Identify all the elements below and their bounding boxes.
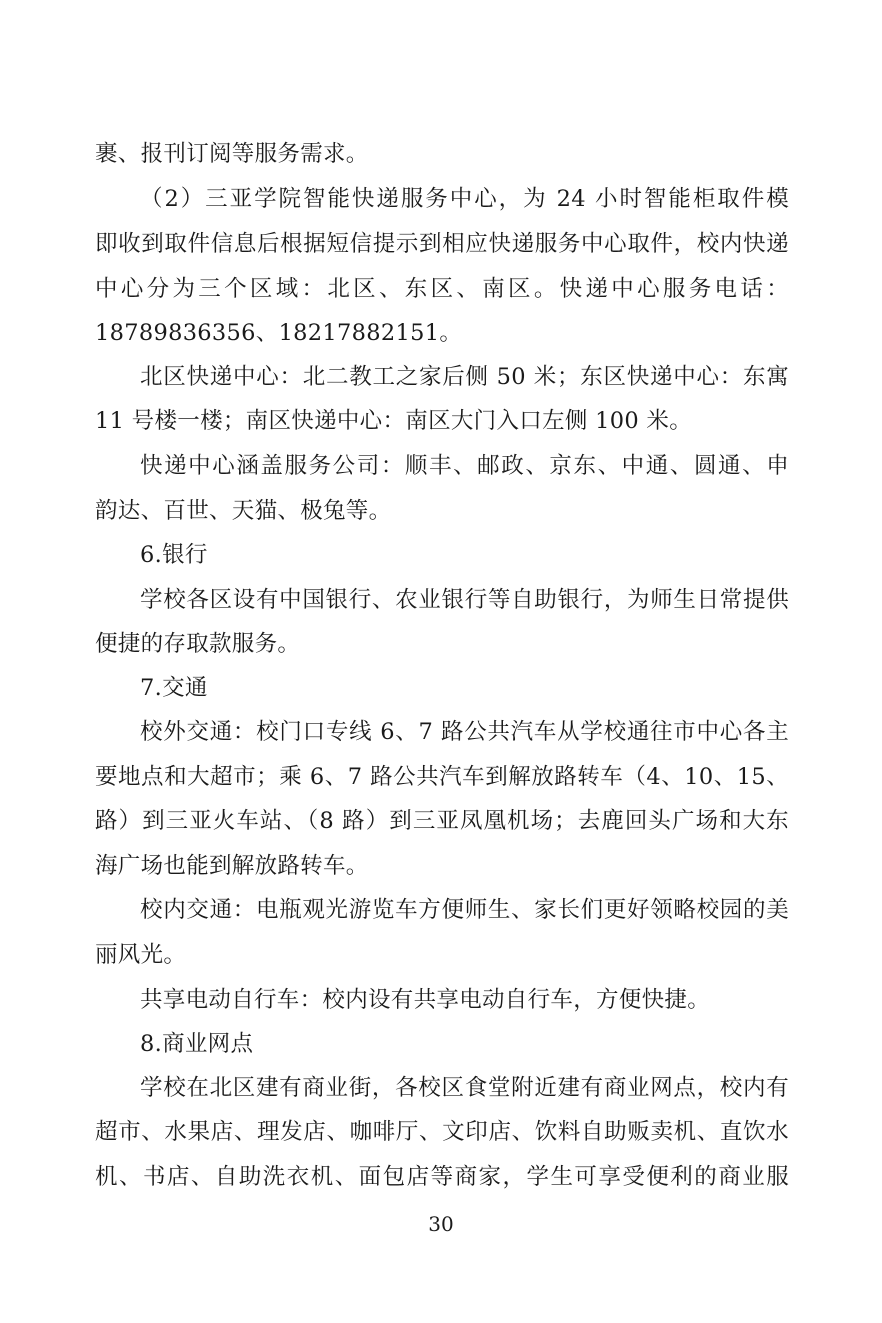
text-line: 海广场也能到解放路转车。 <box>95 851 789 881</box>
text-line: （2）三亚学院智能快递服务中心，为 24 小时智能柜取件模式， <box>140 184 789 214</box>
text-line: 便捷的存取款服务。 <box>95 629 789 659</box>
document-page: 裹、报刊订阅等服务需求。 （2）三亚学院智能快递服务中心，为 24 小时智能柜取… <box>0 0 882 1323</box>
text-line: 北区快递中心：北二教工之家后侧 50 米；东区快递中心：东寓 <box>140 362 789 392</box>
text-line: 校内交通：电瓶观光游览车方便师生、家长们更好领略校园的美 <box>140 895 789 925</box>
text-line: 韵达、百世、天猫、极兔等。 <box>95 496 789 526</box>
text-line: 超市、水果店、理发店、咖啡厅、文印店、饮料自助贩卖机、直饮水 <box>95 1117 789 1147</box>
text-line: 18789836356、18217882151。 <box>95 318 789 348</box>
text-line: 快递中心涵盖服务公司：顺丰、邮政、京东、中通、圆通、申通、 <box>140 451 789 481</box>
page-number: 30 <box>0 1210 882 1238</box>
text-line: 丽风光。 <box>95 940 789 970</box>
text-line: 学校各区设有中国银行、农业银行等自助银行，为师生日常提供 <box>140 585 789 615</box>
text-line: 学校在北区建有商业街，各校区食堂附近建有商业网点，校内有 <box>140 1073 789 1103</box>
text-line: 校外交通：校门口专线 6、7 路公共汽车从学校通往市中心各主 <box>140 717 789 747</box>
section-heading-bank: 6.银行 <box>140 540 789 570</box>
text-line: 机、书店、自助洗衣机、面包店等商家，学生可享受便利的商业服务。 <box>95 1162 789 1192</box>
text-line: 裹、报刊订阅等服务需求。 <box>95 139 789 169</box>
text-line: 路）到三亚火车站、（8 路）到三亚凤凰机场；去鹿回头广场和大东 <box>95 806 789 836</box>
section-heading-commerce: 8.商业网点 <box>140 1029 789 1059</box>
text-line: 共享电动自行车：校内设有共享电动自行车，方便快捷。 <box>140 985 789 1015</box>
text-line: 中心分为三个区域：北区、东区、南区。快递中心服务电话： <box>95 274 789 304</box>
text-line: 11 号楼一楼；南区快递中心：南区大门入口左侧 100 米。 <box>95 406 789 436</box>
text-line: 要地点和大超市；乘 6、7 路公共汽车到解放路转车（4、10、15、50 <box>95 762 789 792</box>
text-line: 即收到取件信息后根据短信提示到相应快递服务中心取件，校内快递 <box>95 229 789 259</box>
section-heading-transport: 7.交通 <box>140 673 789 703</box>
